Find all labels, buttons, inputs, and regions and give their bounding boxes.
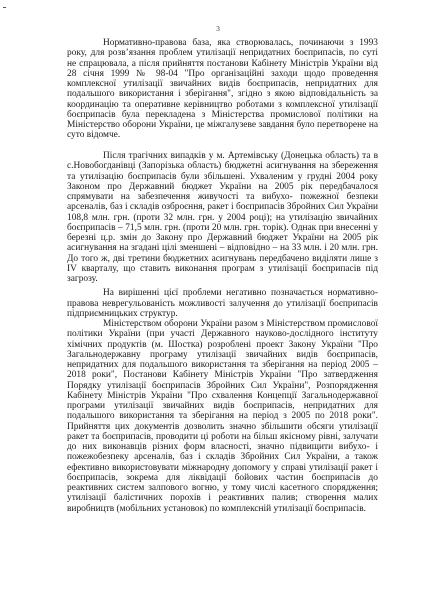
paragraph-regulation: На вирішенні цієї проблеми негативно поз… (67, 288, 378, 319)
page-number: 3 (0, 24, 436, 33)
document-page: 3 Нормативно-правова база, яка створювал… (0, 0, 436, 600)
paragraph-budget: Після трагічних випадків у м. Артемівськ… (67, 151, 378, 284)
paragraph-legal-framework: Нормативно-правова база, яка створювалас… (67, 38, 378, 141)
document-body: Нормативно-правова база, яка створювалас… (67, 38, 378, 514)
scan-mark (3, 7, 6, 8)
paragraph-ministry-program: Міністерством оборони України разом з Мі… (67, 319, 378, 514)
